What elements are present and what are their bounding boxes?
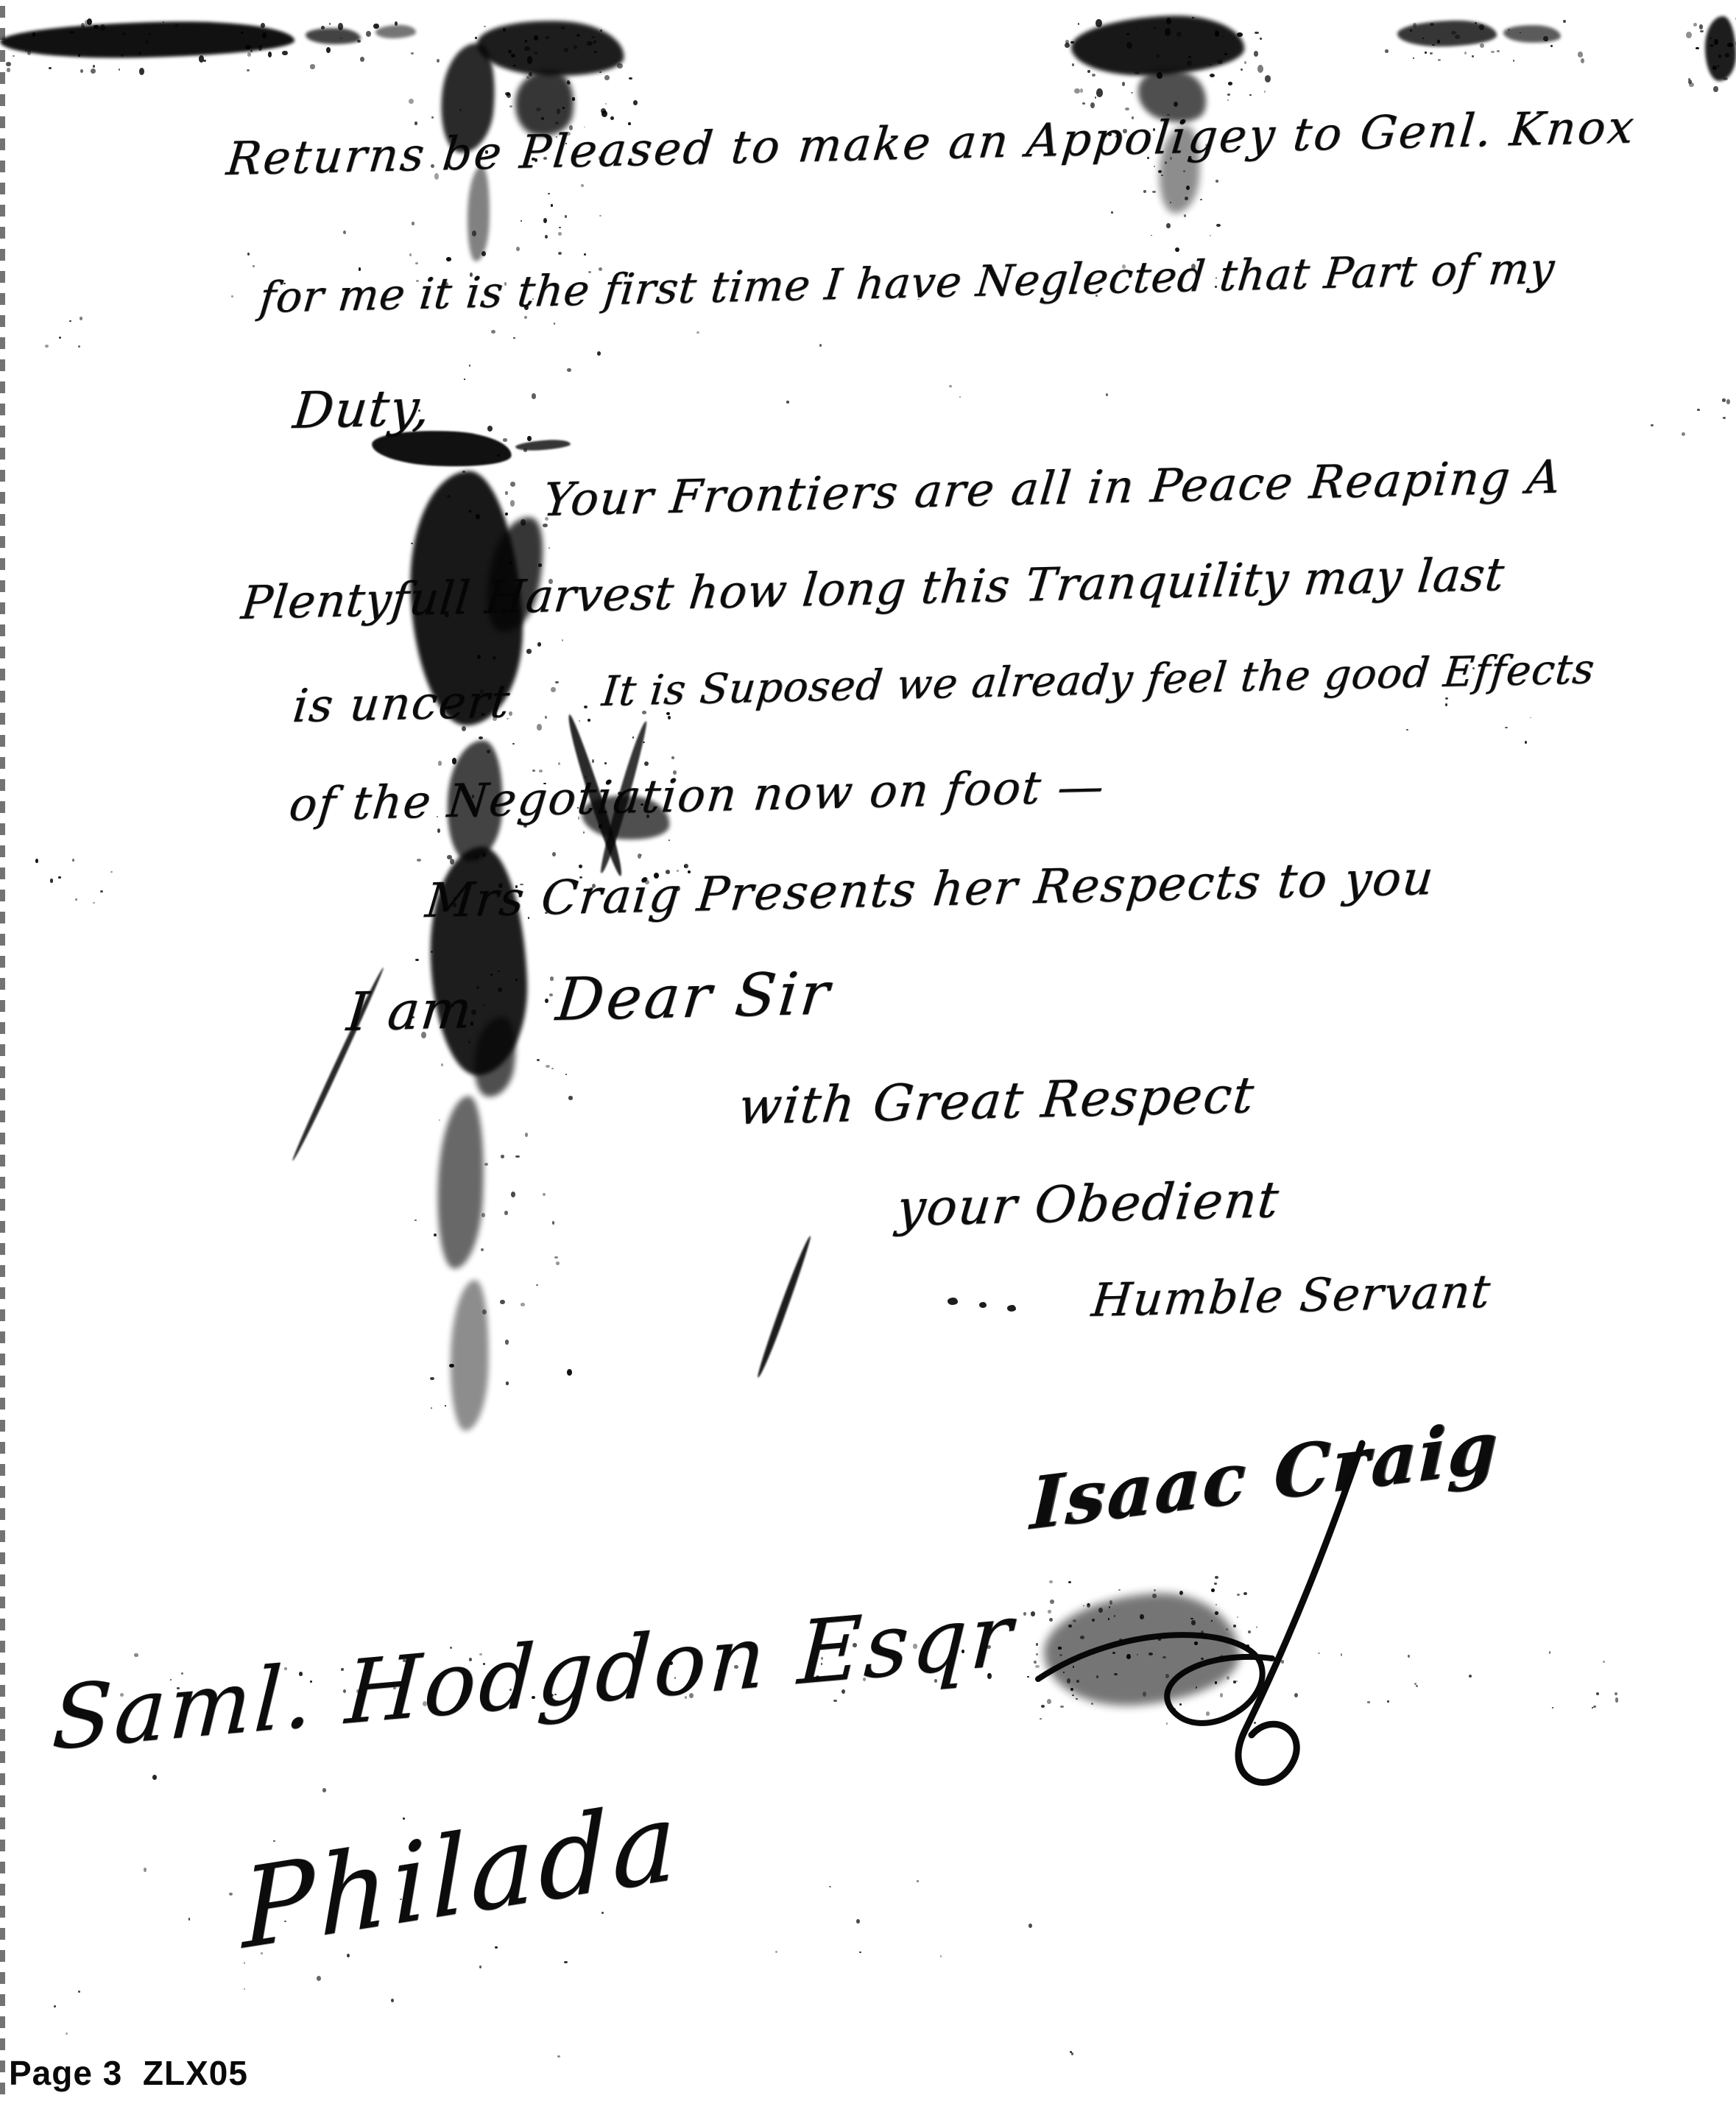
scan-speckle — [1413, 23, 1416, 27]
scan-speckle — [469, 365, 470, 367]
scan-speckle — [1194, 1641, 1197, 1645]
scan-speckle — [510, 500, 515, 507]
scan-speckle — [1727, 43, 1733, 47]
scan-speckle — [1068, 1625, 1072, 1628]
scan-speckle — [505, 1340, 509, 1345]
scan-speckle — [409, 253, 412, 256]
scan-speckle — [949, 385, 952, 387]
scan-speckle — [1151, 235, 1152, 236]
letter-line-3: Duty, — [291, 384, 433, 437]
letter-closing-respect: with Great Respect — [736, 1071, 1257, 1133]
scan-speckle — [50, 879, 54, 882]
scan-speckle — [1260, 38, 1263, 40]
scan-speckle — [119, 68, 120, 71]
scan-speckle — [821, 1663, 822, 1665]
scan-speckle — [482, 1309, 487, 1315]
scan-speckle — [72, 859, 75, 862]
scan-speckle — [551, 1068, 554, 1070]
ink-blot — [448, 1279, 491, 1432]
scan-speckle — [1135, 71, 1140, 75]
scan-speckle — [917, 1880, 919, 1882]
scan-speckle — [1111, 211, 1113, 214]
scan-speckle — [1036, 1643, 1038, 1645]
scan-speckle — [1087, 70, 1090, 74]
scan-speckle — [479, 1965, 481, 1968]
scan-speckle — [468, 1041, 470, 1044]
scan-speckle — [676, 886, 680, 891]
scan-speckle — [671, 756, 674, 759]
ink-blot — [979, 1302, 987, 1308]
letter-line-1: Returns be Pleased to make an Appoligey … — [225, 104, 1638, 182]
scan-speckle — [317, 1976, 321, 1981]
scan-speckle — [453, 903, 456, 907]
scan-speckle — [555, 681, 559, 683]
scan-speckle — [93, 65, 95, 68]
scan-speckle — [487, 750, 490, 753]
scan-speckle — [1108, 133, 1111, 136]
scan-speckle — [341, 1668, 343, 1670]
scan-speckle — [80, 69, 83, 74]
scan-speckle — [481, 713, 485, 717]
scan-speckle — [45, 345, 49, 348]
scan-speckle — [1074, 88, 1080, 94]
scan-speckle — [565, 1074, 567, 1076]
scan-speckle — [1095, 96, 1097, 98]
scan-speckle — [329, 23, 331, 25]
scan-speckle — [445, 1405, 446, 1407]
scan-speckle — [572, 97, 575, 100]
scan-speckle — [562, 639, 563, 641]
scan-speckle — [66, 2033, 68, 2035]
scan-speckle — [7, 68, 10, 71]
scan-speckle — [423, 1701, 427, 1706]
scan-speckle — [481, 251, 486, 256]
scan-speckle — [1615, 1697, 1619, 1703]
scan-speckle — [1257, 65, 1263, 73]
scan-speckle — [564, 1961, 568, 1963]
scan-speckle — [470, 1021, 473, 1026]
scan-speckle — [1367, 1701, 1369, 1703]
scan-speckle — [503, 438, 508, 441]
scan-speckle — [1174, 102, 1178, 107]
scan-speckle — [604, 762, 607, 764]
scan-speckle — [241, 32, 244, 34]
scan-speckle — [599, 215, 602, 217]
scan-speckle — [1191, 1620, 1195, 1625]
scan-speckle — [917, 299, 919, 300]
scan-speckle — [1028, 1924, 1032, 1928]
scan-speckle — [551, 687, 556, 693]
scan-speckle — [543, 218, 547, 224]
scan-speckle — [283, 283, 285, 284]
scan-speckle — [1136, 27, 1138, 28]
scan-speckle — [1215, 286, 1217, 288]
scan-speckle — [1722, 398, 1726, 402]
scan-speckle — [1530, 717, 1531, 719]
scan-speckle — [27, 50, 31, 55]
scan-speckle — [505, 92, 509, 96]
scan-speckle — [411, 52, 414, 54]
scan-speckle — [668, 716, 671, 720]
scan-speckle — [506, 1382, 509, 1385]
scan-speckle — [366, 31, 371, 37]
scan-speckle — [556, 1261, 560, 1264]
scan-speckle — [91, 68, 96, 74]
scan-speckle — [284, 1667, 287, 1669]
scan-speckle — [1479, 24, 1484, 30]
scan-speckle — [1170, 157, 1172, 159]
scan-speckle — [1413, 57, 1414, 59]
scan-speckle — [1179, 1672, 1182, 1675]
scan-speckle — [231, 295, 233, 297]
scan-speckle — [493, 717, 497, 721]
scan-speckle — [1265, 75, 1271, 82]
scan-speckle — [525, 1133, 529, 1137]
scan-speckle — [1699, 24, 1703, 29]
scan-speckle — [1592, 1707, 1593, 1708]
scan-speckle — [459, 109, 462, 111]
scan-speckle — [1070, 2051, 1072, 2053]
scan-speckle — [1047, 1699, 1051, 1703]
scan-speckle — [495, 1946, 498, 1949]
scan-speckle — [534, 35, 538, 40]
scan-speckle — [599, 824, 602, 828]
scan-speckle — [1226, 1628, 1228, 1630]
scan-speckle — [1246, 1644, 1249, 1647]
scan-speckle — [1211, 1588, 1215, 1592]
scan-speckle — [412, 222, 414, 225]
scan-speckle — [558, 232, 562, 236]
scan-speckle — [411, 543, 413, 545]
scan-speckle — [1080, 88, 1083, 93]
scan-speckle — [1176, 32, 1182, 37]
scan-speckle — [471, 1010, 476, 1015]
scan-speckle — [829, 1886, 832, 1888]
scan-speckle — [1205, 144, 1210, 147]
scan-speckle — [1387, 1700, 1389, 1703]
scan-speckle — [1241, 68, 1243, 71]
scan-speckle — [1183, 170, 1185, 172]
ink-blot — [948, 1298, 958, 1305]
scan-speckle — [484, 26, 486, 27]
scan-speckle — [819, 344, 822, 347]
scan-speckle — [856, 1919, 860, 1924]
scan-speckle — [1725, 53, 1729, 57]
scan-speckle — [684, 864, 688, 868]
scan-speckle — [1472, 55, 1474, 57]
scan-speckle — [1211, 1620, 1213, 1621]
scan-speckle — [532, 393, 536, 398]
scan-speckle — [524, 46, 530, 51]
scan-speckle — [538, 563, 543, 566]
scan-speckle — [1438, 59, 1441, 61]
scan-speckle — [537, 724, 541, 731]
scan-speckle — [1220, 1693, 1223, 1697]
scan-speckle — [253, 265, 255, 267]
scan-speckle — [1696, 47, 1699, 50]
scan-speckle — [431, 116, 434, 119]
scan-speckle — [1224, 53, 1227, 55]
scan-speckle — [1091, 1703, 1093, 1705]
scan-speckle — [597, 351, 601, 356]
scan-speckle — [1166, 18, 1172, 24]
scan-speckle — [1122, 264, 1126, 269]
scan-speckle — [536, 1284, 539, 1286]
scan-speckle — [1156, 54, 1159, 57]
scan-speckle — [491, 330, 495, 334]
letter-line-8: Mrs Craig Presents her Respects to you — [423, 855, 1436, 925]
scan-speckle — [1095, 19, 1102, 28]
scan-speckle — [501, 1155, 504, 1158]
scan-speckle — [69, 320, 71, 322]
scan-speckle — [1060, 1706, 1064, 1708]
scan-speckle — [470, 272, 473, 276]
scan-speckle — [1072, 63, 1075, 66]
scan-speckle — [1185, 197, 1188, 200]
scan-speckle — [673, 770, 677, 775]
scan-speckle — [1112, 1652, 1115, 1654]
scan-speckle — [1700, 30, 1704, 32]
scan-speckle — [93, 902, 94, 904]
scan-speckle — [472, 795, 474, 798]
scan-speckle — [526, 649, 532, 653]
scan-speckle — [669, 1661, 673, 1665]
scan-speckle — [1078, 23, 1080, 26]
scan-speckle — [310, 1681, 312, 1683]
scan-speckle — [469, 1658, 472, 1661]
address-place: Philada — [241, 1785, 681, 1965]
scan-speckle — [775, 1951, 777, 1953]
scan-speckle — [1593, 1706, 1596, 1708]
scan-speckle — [134, 1653, 138, 1658]
scan-speckle — [587, 41, 593, 46]
scan-speckle — [1190, 1618, 1193, 1620]
scan-speckle — [1726, 399, 1730, 404]
scan-speckle — [1118, 1589, 1121, 1591]
scan-speckle — [1184, 214, 1186, 217]
scan-speckle — [1563, 20, 1566, 24]
scan-speckle — [1131, 92, 1132, 94]
scan-speckle — [1098, 1608, 1103, 1613]
scan-speckle — [1525, 741, 1528, 744]
scan-speckle — [554, 1256, 558, 1259]
scan-speckle — [1140, 1614, 1143, 1619]
scan-speckle — [477, 655, 481, 659]
scan-speckle — [13, 55, 15, 57]
scan-speckle — [446, 257, 451, 261]
scan-speckle — [1210, 74, 1215, 77]
scan-speckle — [484, 1163, 488, 1165]
scan-speckle — [1179, 1703, 1182, 1706]
scan-speckle — [1165, 28, 1171, 35]
scan-speckle — [579, 720, 581, 722]
scan-speckle — [508, 49, 512, 54]
scan-speckle — [565, 143, 567, 144]
scan-speckle — [1422, 38, 1424, 39]
scan-speckle — [1480, 43, 1484, 48]
scan-speckle — [1152, 1594, 1157, 1599]
scan-speckle — [1718, 54, 1721, 58]
scan-speckle — [1581, 58, 1584, 63]
scan-speckle — [1109, 1606, 1110, 1608]
scan-speckle — [1545, 40, 1548, 41]
scan-speckle — [430, 1377, 434, 1381]
scan-speckle — [54, 2005, 57, 2007]
scan-speckle — [1237, 32, 1243, 36]
scan-speckle — [1186, 186, 1190, 190]
scan-speckle — [987, 1645, 990, 1649]
scan-speckle — [262, 32, 267, 38]
scan-speckle — [1170, 202, 1171, 203]
scan-speckle — [786, 401, 788, 404]
scan-speckle — [696, 331, 699, 334]
scan-speckle — [588, 719, 590, 722]
scan-speckle — [1264, 91, 1266, 93]
scan-speckle — [326, 47, 331, 53]
scan-speckle — [78, 54, 80, 56]
scan-speckle — [498, 883, 502, 888]
scan-speckle — [1092, 74, 1095, 77]
scan-speckle — [493, 656, 496, 660]
scan-speckle — [121, 54, 124, 57]
scan-speckle — [1244, 61, 1246, 64]
scan-speckle — [1034, 1661, 1037, 1663]
scan-speckle — [513, 65, 515, 67]
scan-speckle — [492, 583, 495, 585]
scan-speckle — [1385, 49, 1389, 53]
scan-speckle — [1215, 1576, 1219, 1579]
scan-speckle — [139, 68, 145, 75]
scan-speckle — [567, 1369, 572, 1376]
scan-speckle — [546, 36, 548, 39]
scan-speckle — [545, 716, 547, 719]
scan-speckle — [1148, 1653, 1153, 1655]
scan-speckle — [145, 41, 148, 44]
scan-speckle — [439, 1119, 440, 1121]
scan-speckle — [356, 1689, 359, 1693]
ink-blot — [755, 1234, 814, 1379]
scan-speckle — [1472, 667, 1475, 669]
scan-speckle — [1437, 40, 1440, 43]
ink-blot — [1503, 24, 1562, 44]
scan-speckle — [482, 853, 486, 857]
scan-speckle — [122, 32, 126, 35]
scan-speckle — [545, 912, 548, 914]
letter-closing-servant: Humble Servant — [1090, 1269, 1493, 1323]
scan-speckle — [610, 116, 614, 121]
scan-speckle — [512, 743, 515, 745]
scan-speckle — [81, 23, 85, 28]
scan-speckle — [244, 1988, 246, 1991]
scan-speckle — [1603, 1661, 1605, 1663]
scan-speckle — [1216, 224, 1220, 227]
scan-speckle — [581, 184, 585, 186]
scan-speckle — [1294, 1693, 1298, 1697]
scan-speckle — [1217, 60, 1222, 64]
scan-speckle — [629, 77, 632, 80]
scan-speckle — [483, 1663, 485, 1665]
scan-speckle — [1050, 1599, 1054, 1604]
scan-speckle — [391, 1999, 394, 2002]
scan-speckle — [668, 840, 670, 841]
scan-speckle — [462, 726, 466, 731]
scan-speckle — [247, 69, 250, 72]
scan-speckle — [78, 1991, 81, 1993]
scan-speckle — [821, 1657, 823, 1660]
scan-speckle — [633, 100, 638, 105]
scan-speckle — [49, 67, 52, 69]
scan-speckle — [718, 1669, 720, 1672]
scan-speckle — [1058, 1647, 1062, 1649]
scan-speckle — [1549, 1651, 1551, 1654]
scan-speckle — [628, 122, 631, 125]
scan-speckle — [543, 157, 547, 160]
scan-speckle — [524, 316, 527, 319]
scan-speckle — [578, 817, 579, 819]
scan-speckle — [431, 164, 434, 169]
ink-blot — [1705, 16, 1736, 81]
scan-speckle — [1068, 1581, 1071, 1583]
scan-speckle — [1082, 102, 1085, 105]
scan-speckle — [229, 1893, 233, 1896]
scan-speckle — [58, 876, 61, 879]
scan-speckle — [431, 1407, 432, 1409]
scan-speckle — [417, 859, 421, 862]
ink-blot — [306, 27, 361, 46]
scan-speckle — [987, 1673, 992, 1679]
scan-speckle — [163, 21, 164, 23]
scan-speckle — [1036, 1653, 1037, 1655]
scan-speckle — [100, 890, 103, 893]
scan-speckle — [418, 409, 420, 412]
scan-speckle — [1153, 128, 1155, 131]
scan-speckle — [357, 40, 361, 43]
scan-speckle — [1693, 23, 1697, 27]
scan-speckle — [1228, 82, 1232, 85]
scan-speckle — [1201, 1658, 1203, 1660]
scan-speckle — [368, 1686, 370, 1688]
scan-speckle — [321, 26, 325, 29]
scan-speckle — [1126, 1654, 1131, 1659]
letter-closing-obedient: your Obedient — [895, 1175, 1282, 1234]
scan-speckle — [1035, 1665, 1040, 1668]
scan-speckle — [548, 547, 550, 549]
page-footer-label: Page 3 ZLX05 — [9, 2053, 248, 2093]
scan-speckle — [561, 27, 564, 29]
scan-speckle — [548, 579, 552, 584]
scan-speckle — [1166, 1722, 1168, 1724]
scan-speckle — [537, 642, 541, 647]
scan-speckle — [1497, 50, 1499, 52]
scan-speckle — [516, 247, 520, 252]
scan-speckle — [841, 1689, 845, 1694]
scan-speckle — [592, 759, 595, 763]
scan-speckle — [584, 253, 586, 256]
scan-speckle — [515, 979, 517, 981]
scan-speckle — [75, 898, 77, 901]
ink-blot — [1007, 1305, 1016, 1312]
scan-speckle — [1073, 1619, 1076, 1622]
scan-speckle — [523, 448, 528, 452]
scan-speckle — [1686, 32, 1692, 38]
scan-speckle — [32, 32, 35, 37]
scan-speckle — [1201, 1630, 1204, 1635]
scan-speckle — [1215, 277, 1217, 279]
scan-speckle — [558, 252, 562, 255]
scan-speckle — [1063, 1672, 1065, 1673]
scan-speckle — [299, 1672, 303, 1676]
scan-speckle — [504, 1211, 508, 1214]
